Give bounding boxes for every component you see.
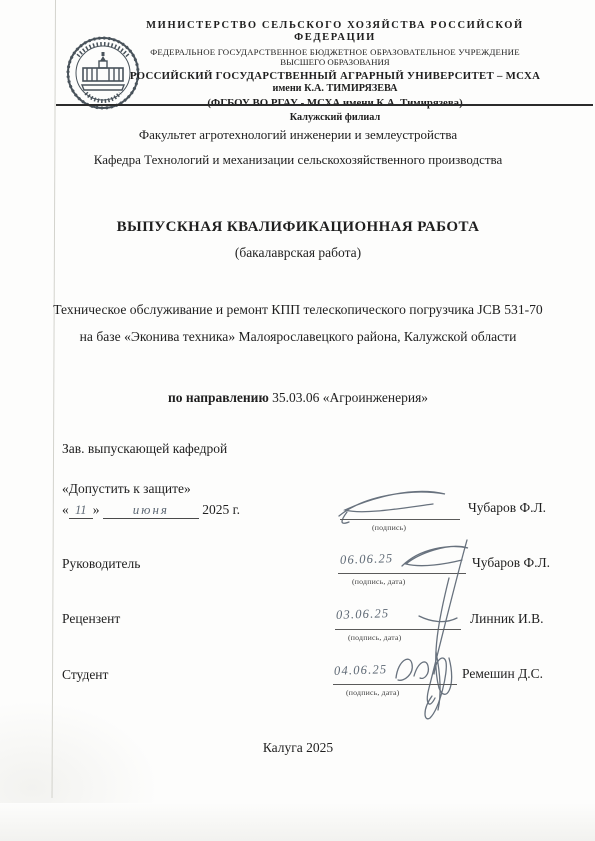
handwritten-month: июня xyxy=(103,502,199,519)
close-quote: » xyxy=(93,502,100,517)
student-label: Студент xyxy=(62,667,108,683)
supervisor-label: Руководитель xyxy=(62,556,140,572)
head-signature-name: Чубаров Ф.Л. xyxy=(468,500,546,516)
admit-date-line: «11» июня 2025 г. xyxy=(62,502,240,519)
thesis-title-page: МИНИСТЕРСТВО СЕЛЬСКОГО ХОЗЯЙСТВА РОССИЙС… xyxy=(0,0,595,841)
student-date-handwritten: 04.06.25 xyxy=(334,662,388,679)
signature-line xyxy=(340,519,460,520)
direction-prefix: по направлению xyxy=(168,390,269,405)
signature-line xyxy=(338,573,466,574)
admit-to-defense-label: «Допустить к защите» xyxy=(62,481,191,497)
letterhead: МИНИСТЕРСТВО СЕЛЬСКОГО ХОЗЯЙСТВА РОССИЙС… xyxy=(104,20,566,124)
university-name: РОССИЙСКИЙ ГОСУДАРСТВЕННЫЙ АГРАРНЫЙ УНИВ… xyxy=(104,70,566,83)
open-quote: « xyxy=(62,502,69,517)
supervisor-date-handwritten: 06.06.25 xyxy=(340,551,394,568)
department-line: Кафедра Технологий и механизации сельско… xyxy=(48,152,548,168)
supervisor-signature-icon xyxy=(398,538,478,576)
header-divider xyxy=(56,104,593,106)
head-of-department-label: Зав. выпускающей кафедрой xyxy=(62,441,227,457)
signature-line xyxy=(335,629,461,630)
city-year-footer: Калуга 2025 xyxy=(48,740,548,756)
reviewer-signature-icon xyxy=(405,538,480,716)
signature-caption: (подпись, дата) xyxy=(348,633,401,642)
work-type-title: ВЫПУСКНАЯ КВАЛИФИКАЦИОННАЯ РАБОТА xyxy=(48,219,548,236)
reviewer-label: Рецензент xyxy=(62,611,120,627)
faculty-line: Факультет агротехнологий инженерии и зем… xyxy=(48,127,548,143)
direction-value: 35.03.06 «Агроинженерия» xyxy=(272,390,428,405)
admit-year: 2025 г. xyxy=(202,502,240,517)
reviewer-signature-name: Линник И.В. xyxy=(470,611,544,627)
handwritten-day: 11 xyxy=(69,503,93,519)
work-subtype: (бакалаврская работа) xyxy=(48,245,548,261)
federal-institution-line: ФЕДЕРАЛЬНОЕ ГОСУДАРСТВЕННОЕ БЮДЖЕТНОЕ ОБ… xyxy=(104,47,566,57)
branch-name: Калужский филиал xyxy=(104,112,566,124)
student-signature-name: Ремешин Д.С. xyxy=(462,666,543,682)
thesis-title: Техническое обслуживание и ремонт КПП те… xyxy=(53,296,543,350)
signature-caption: (подпись) xyxy=(372,523,406,532)
ministry-line: МИНИСТЕРСТВО СЕЛЬСКОГО ХОЗЯЙСТВА РОССИЙС… xyxy=(104,20,566,45)
signature-line xyxy=(333,684,457,685)
reviewer-date-handwritten: 03.06.25 xyxy=(336,606,390,623)
higher-education-line: ВЫСШЕГО ОБРАЗОВАНИЯ xyxy=(104,57,566,67)
signature-caption: (подпись, дата) xyxy=(352,577,405,586)
direction-line: по направлению 35.03.06 «Агроинженерия» xyxy=(48,390,548,406)
signature-caption: (подпись, дата) xyxy=(346,688,399,697)
supervisor-signature-name: Чубаров Ф.Л. xyxy=(472,555,550,571)
named-after-line: имени К.А. ТИМИРЯЗЕВА xyxy=(104,83,566,95)
student-signature-icon xyxy=(390,648,462,723)
scan-bottom-edge xyxy=(0,803,595,841)
